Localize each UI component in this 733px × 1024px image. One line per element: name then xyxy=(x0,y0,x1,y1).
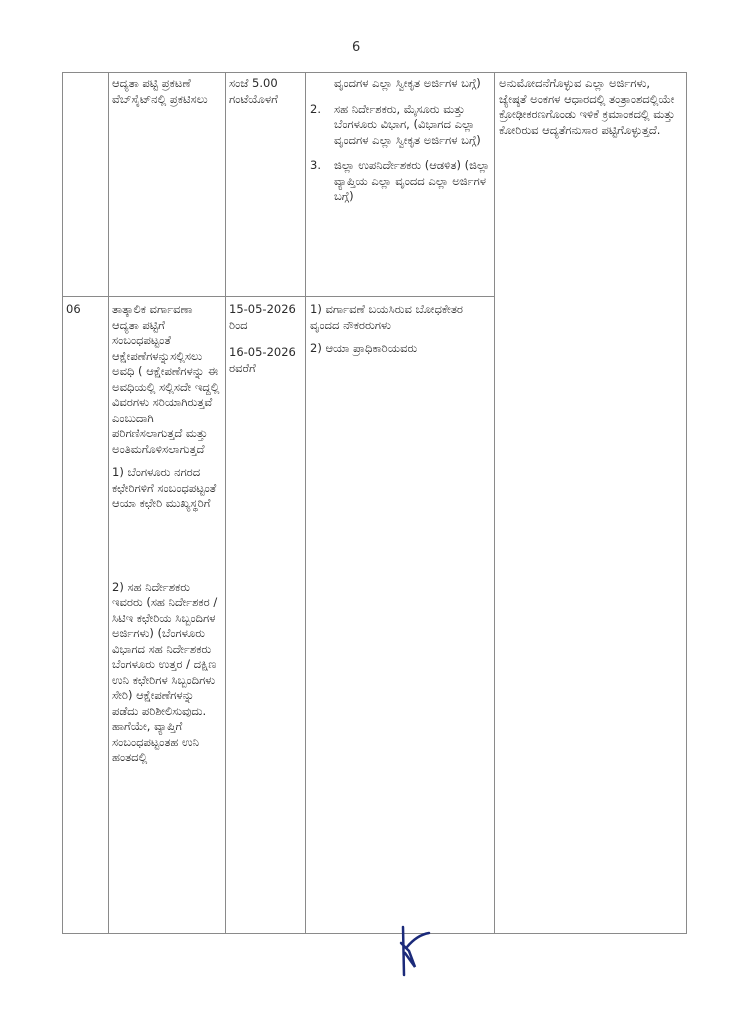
date-from: 15-05-2026 xyxy=(229,302,303,318)
schedule-table: ಆದ್ಯತಾ ಪಟ್ಟಿ ಪ್ರಕಟಣೆ ವೆಬ್‌ಸೈಟ್‌ನಲ್ಲಿ ಪ್ರ… xyxy=(62,72,687,934)
page-number: 6 xyxy=(352,40,360,55)
authority-item: ವೃಂದಗಳ ಎಲ್ಲಾ ಸ್ವೀಕೃತ ಅರ್ಜಿಗಳ ಬಗ್ಗೆ) xyxy=(310,76,490,92)
date-to: 16-05-2026 xyxy=(229,345,303,361)
authority-paragraph: 2) ಆಯಾ ಪ್ರಾಧಿಕಾರಿಯವರು xyxy=(310,341,490,357)
event-paragraph: 1) ಬೆಂಗಳೂರು ನಗರದ ಕಛೇರಿಗಳಿಗೆ ಸಂಬಂಧಪಟ್ಟಂತೆ… xyxy=(112,465,222,512)
table-border-right xyxy=(686,72,687,934)
row2-sl-no: 06 xyxy=(66,302,104,318)
row2-dates: 15-05-2026 ರಿಂದ 16-05-2026 ರವರೆಗೆ xyxy=(229,302,303,376)
authority-item: 2.ಸಹ ನಿರ್ದೇಶಕರು, ಮೈಸೂರು ಮತ್ತು ಬೆಂಗಳೂರು ವ… xyxy=(310,102,490,149)
column-divider xyxy=(305,72,306,934)
row1-event: ಆದ್ಯತಾ ಪಟ್ಟಿ ಪ್ರಕಟಣೆ ವೆಬ್‌ಸೈಟ್‌ನಲ್ಲಿ ಪ್ರ… xyxy=(112,76,222,107)
signature-icon xyxy=(395,925,435,984)
authority-item: 3.ಜಿಲ್ಲಾ ಉಪನಿರ್ದೇಶಕರು (ಆಡಳಿತ) (ಜಿಲ್ಲಾ ವ್… xyxy=(310,158,490,205)
column-divider xyxy=(108,72,109,934)
date-from-suffix: ರಿಂದ xyxy=(229,318,303,334)
row1-date: ಸಂಜೆ 5.00 ಗಂಟೆಯೊಳಗೆ xyxy=(229,76,303,107)
row-divider xyxy=(62,296,495,297)
table-border-bottom xyxy=(62,933,687,934)
row1-remarks: ಅನುಮೋದನೆಗೊಳ್ಳುವ ಎಲ್ಲಾ ಅರ್ಜಿಗಳು, ಜ್ಯೇಷ್ಠತ… xyxy=(499,76,681,138)
table-border-top xyxy=(62,72,687,73)
column-divider xyxy=(225,72,226,934)
event-paragraph: ತಾತ್ಕಾಲಿಕ ವರ್ಗಾವಣಾ ಆದ್ಯತಾ ಪಟ್ಟಿಗೆ ಸಂಬಂಧಪ… xyxy=(112,302,222,457)
column-divider xyxy=(494,72,495,934)
date-to-suffix: ರವರೆಗೆ xyxy=(229,361,303,377)
row2-event: ತಾತ್ಕಾಲಿಕ ವರ್ಗಾವಣಾ ಆದ್ಯತಾ ಪಟ್ಟಿಗೆ ಸಂಬಂಧಪ… xyxy=(112,302,222,774)
event-paragraph: 2) ಸಹ ನಿರ್ದೇಶಕರು ಇವರರು (ಸಹ ನಿರ್ದೇಶಕರ / ಸ… xyxy=(112,580,222,766)
row2-authority: 1) ವರ್ಗಾವಣೆ ಬಯಸಿರುವ ಬೋಧಕೇತರ ವೃಂದದ ನೌಕರರು… xyxy=(310,302,490,365)
authority-paragraph: 1) ವರ್ಗಾವಣೆ ಬಯಸಿರುವ ಬೋಧಕೇತರ ವೃಂದದ ನೌಕರರು… xyxy=(310,302,490,333)
row1-authority: ವೃಂದಗಳ ಎಲ್ಲಾ ಸ್ವೀಕೃತ ಅರ್ಜಿಗಳ ಬಗ್ಗೆ) 2.ಸಹ… xyxy=(310,76,490,215)
table-border-left xyxy=(62,72,63,934)
